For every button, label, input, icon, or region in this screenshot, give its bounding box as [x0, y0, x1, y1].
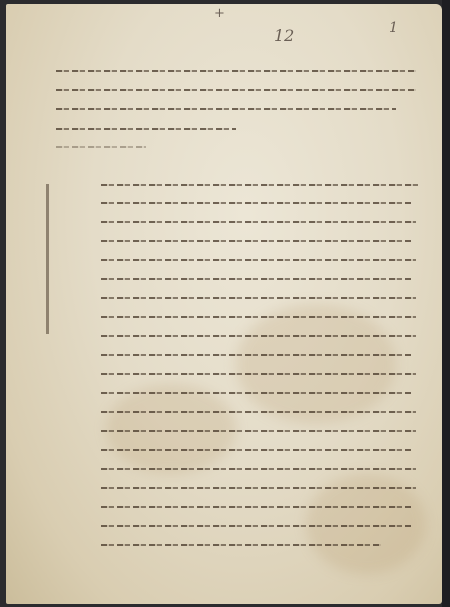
margin-note — [46, 184, 49, 334]
water-stain — [306, 474, 426, 574]
handwriting-line — [101, 411, 416, 413]
water-stain — [236, 304, 396, 424]
scan-edge — [442, 0, 450, 607]
handwriting-line — [101, 297, 416, 299]
corner-mark: 1 — [389, 20, 398, 36]
handwriting-line — [101, 202, 411, 204]
handwriting-line — [101, 487, 416, 489]
handwriting-line — [101, 221, 416, 223]
handwriting-line — [101, 240, 411, 242]
handwriting-line — [101, 259, 416, 261]
handwriting-line — [101, 316, 416, 318]
handwriting-line — [101, 468, 416, 470]
water-stain — [106, 384, 236, 474]
handwriting-line — [101, 544, 381, 546]
handwriting-line — [101, 430, 416, 432]
handwriting-line — [56, 146, 146, 148]
handwriting-line — [56, 128, 236, 130]
handwriting-line — [101, 184, 421, 186]
handwriting-line — [101, 506, 411, 508]
handwriting-line — [101, 373, 416, 375]
handwriting-line — [56, 70, 416, 72]
handwriting-line — [101, 449, 411, 451]
top-cross-mark: + — [214, 6, 225, 21]
handwriting-line — [101, 525, 411, 527]
handwriting-line — [101, 354, 411, 356]
manuscript-page: + 12 1 — [6, 4, 442, 604]
handwriting-line — [101, 392, 411, 394]
handwriting-line — [101, 278, 411, 280]
handwriting-line — [56, 89, 416, 91]
handwriting-line — [56, 108, 396, 110]
handwriting-line — [101, 335, 416, 337]
folio-number: 12 — [274, 26, 294, 45]
